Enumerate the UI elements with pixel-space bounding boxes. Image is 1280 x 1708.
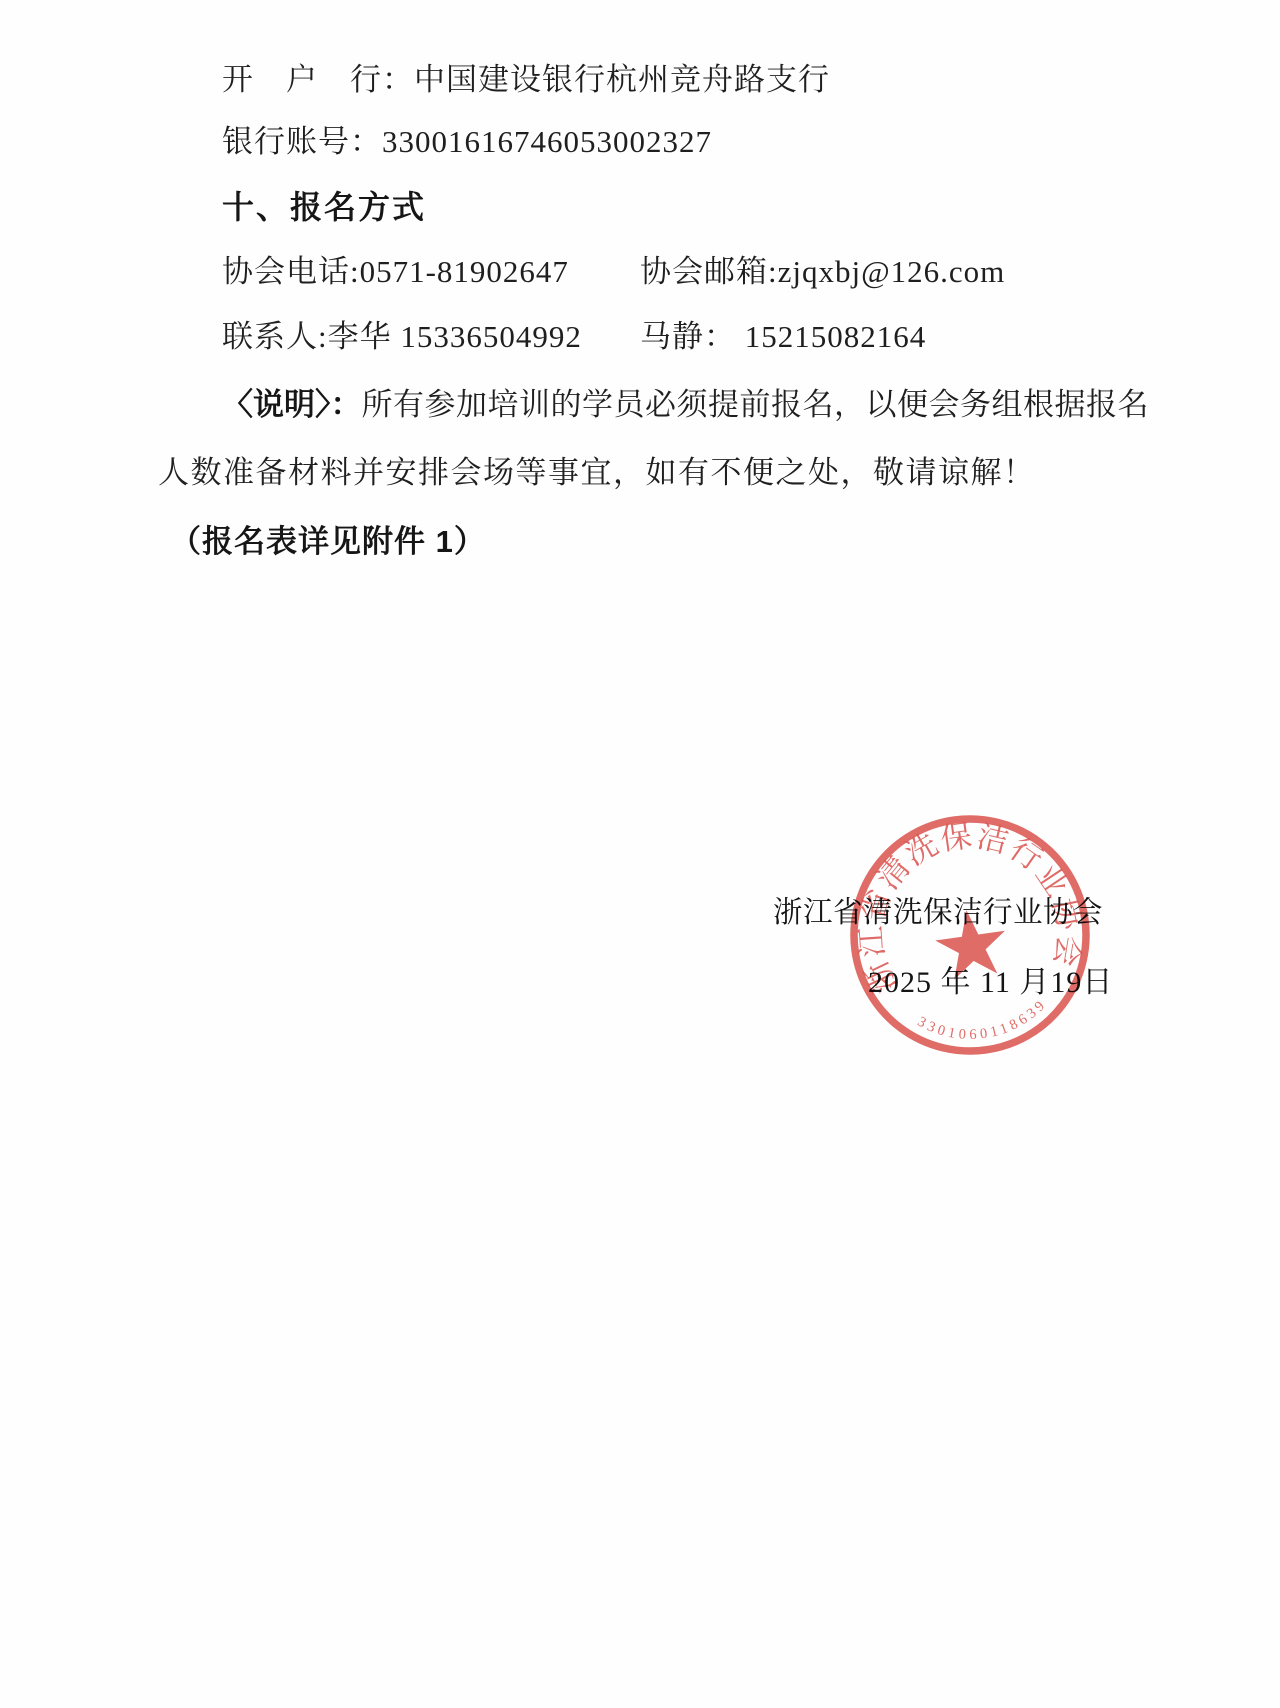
contact-line-persons: 联系人:李华 15336504992 马静： 15215082164 <box>222 316 582 358</box>
document-page: 开 户 行：中国建设银行杭州竞舟路支行 银行账号：330016167460530… <box>0 0 1280 1708</box>
bank-name-line: 开 户 行：中国建设银行杭州竞舟路支行 <box>222 59 830 101</box>
contact-person-1: 联系人:李华 15336504992 <box>222 319 582 354</box>
bank-account-line: 银行账号：33001616746053002327 <box>222 121 712 163</box>
attachment-note: （报名表详见附件 1） <box>170 521 486 563</box>
note-line-1: 〈说明〉：所有参加培训的学员必须提前报名，以便会务组根据报名 <box>222 384 1149 426</box>
section-heading: 十、报名方式 <box>222 186 426 228</box>
association-phone: 协会电话:0571-81902647 <box>222 254 569 289</box>
association-email: 协会邮箱:zjqxbj@126.com <box>640 251 1005 293</box>
contact-line-phone-email: 协会电话:0571-81902647 协会邮箱:zjqxbj@126.com <box>222 251 569 293</box>
note-text-part1: 所有参加培训的学员必须提前报名，以便会务组根据报名 <box>362 387 1150 422</box>
note-label: 〈说明〉： <box>222 387 362 422</box>
seal-arc-text: 浙江省清洗保洁行业协会 <box>838 804 1092 1000</box>
official-seal: 浙江省清洗保洁行业协会 3301060118639 <box>829 794 1111 1076</box>
seal-star-icon <box>932 905 1011 981</box>
contact-person-2: 马静： 15215082164 <box>640 316 926 358</box>
note-line-2: 人数准备材料并安排会场等事宜，如有不便之处，敬请谅解！ <box>158 452 1036 494</box>
